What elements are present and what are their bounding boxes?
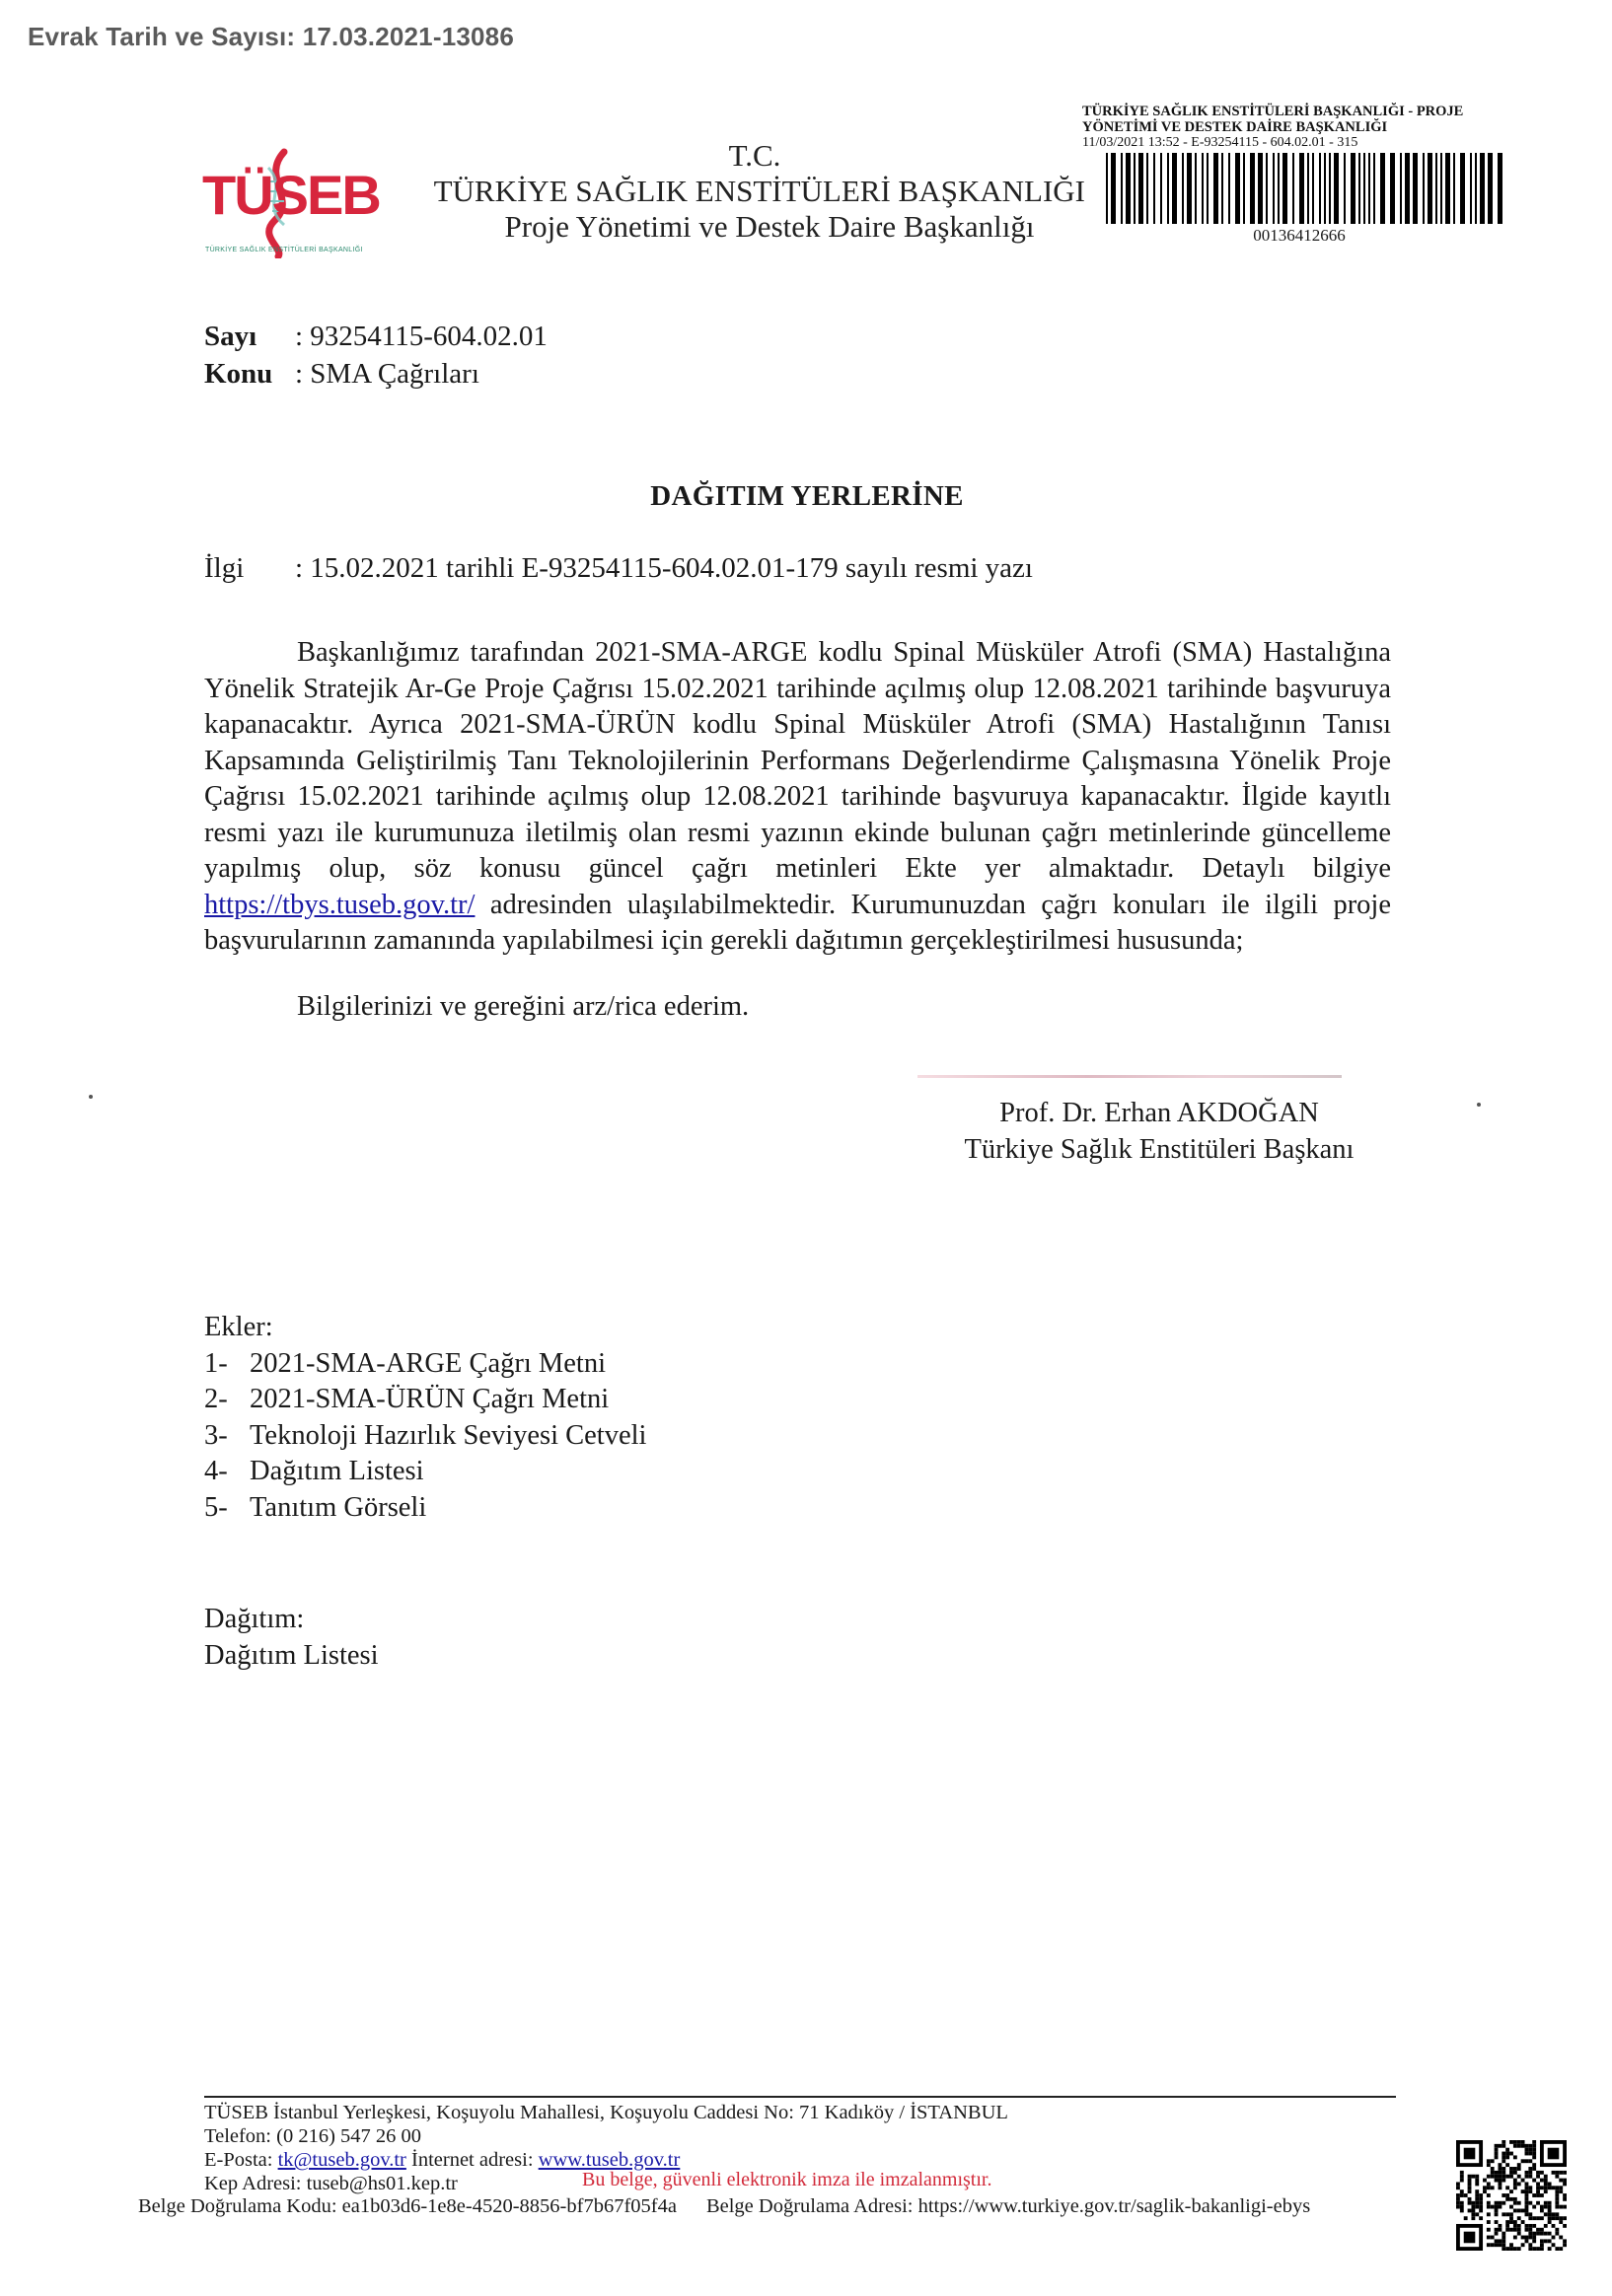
footer-divider — [204, 2096, 1396, 2098]
document-registry-stamp: Evrak Tarih ve Sayısı: 17.03.2021-13086 — [28, 22, 514, 52]
distribution-block: Dağıtım: Dağıtım Listesi — [204, 1601, 379, 1674]
barcode-icon — [1106, 153, 1510, 224]
attachment-label: 2021-SMA-ÜRÜN Çağrı Metni — [250, 1384, 609, 1414]
document-barcode-block: TÜRKİYE SAĞLIK ENSTİTÜLERİ BAŞKANLIĞI - … — [1082, 104, 1497, 246]
attachment-number: 5- — [204, 1490, 250, 1527]
signatory-name: Prof. Dr. Erhan AKDOĞAN — [927, 1095, 1391, 1131]
ilgi-label: İlgi — [204, 552, 295, 585]
reference-line: İlgi: 15.02.2021 tarihli E-93254115-604.… — [204, 552, 1033, 585]
footer-phone: Telefon: (0 216) 547 26 00 — [204, 2124, 1008, 2148]
document-meta: Sayı: 93254115-604.02.01 Konu: SMA Çağrı… — [204, 318, 548, 393]
attachment-number: 4- — [204, 1454, 250, 1490]
tbys-link[interactable]: https://tbys.tuseb.gov.tr/ — [204, 890, 475, 920]
signature-mark — [917, 1075, 1342, 1078]
body-text: Başkanlığımız tarafından 2021-SMA-ARGE k… — [204, 637, 1391, 884]
distribution-value: Dağıtım Listesi — [204, 1637, 379, 1674]
attachment-item: 4-Dağıtım Listesi — [204, 1454, 646, 1490]
konu-label: Konu — [204, 355, 295, 393]
sayi-value: : 93254115-604.02.01 — [295, 321, 548, 352]
attachment-item: 2-2021-SMA-ÜRÜN Çağrı Metni — [204, 1382, 646, 1418]
email-label: E-Posta: — [204, 2149, 278, 2171]
verification-code: Belge Doğrulama Kodu: ea1b03d6-1e8e-4520… — [138, 2195, 677, 2217]
attachments-list: Ekler: 1-2021-SMA-ARGE Çağrı Metni 2-202… — [204, 1310, 646, 1526]
letterhead-tc: T.C. — [414, 138, 1095, 174]
footer-address: TÜSEB İstanbul Yerleşkesi, Koşuyolu Maha… — [204, 2101, 1008, 2124]
attachment-label: Tanıtım Görseli — [250, 1492, 426, 1523]
barcode-meta: 11/03/2021 13:52 - E-93254115 - 604.02.0… — [1082, 135, 1497, 151]
website-link[interactable]: www.tuseb.gov.tr — [539, 2149, 681, 2171]
attachment-number: 2- — [204, 1382, 250, 1418]
email-link[interactable]: tk@tuseb.gov.tr — [278, 2149, 406, 2171]
attachment-label: Dağıtım Listesi — [250, 1456, 424, 1486]
attachment-item: 5-Tanıtım Görseli — [204, 1490, 646, 1527]
attachments-heading: Ekler: — [204, 1310, 646, 1346]
addressee-heading: DAĞITIM YERLERİNE — [0, 480, 1612, 513]
logo-subtitle: TÜRKİYE SAĞLIK ENSTİTÜLERİ BAŞKANLIĞI — [205, 247, 363, 253]
barcode-number: 00136412666 — [1102, 226, 1497, 246]
scan-speck — [1477, 1103, 1481, 1107]
ilgi-value: : 15.02.2021 tarihli E-93254115-604.02.0… — [295, 552, 1033, 584]
letter-body: Başkanlığımız tarafından 2021-SMA-ARGE k… — [204, 635, 1391, 960]
body-paragraph: Başkanlığımız tarafından 2021-SMA-ARGE k… — [204, 635, 1391, 960]
attachment-label: Teknoloji Hazırlık Seviyesi Cetveli — [250, 1420, 646, 1451]
letterhead-organization: TÜRKİYE SAĞLIK ENSTİTÜLERİ BAŞKANLIĞI — [414, 174, 1085, 209]
letterhead: T.C. TÜRKİYE SAĞLIK ENSTİTÜLERİ BAŞKANLI… — [414, 138, 1095, 245]
closing-line: Bilgilerinizi ve gereğini arz/rica ederi… — [297, 991, 749, 1023]
logo-wordmark: TÜSEB — [202, 166, 380, 225]
signature-block: Prof. Dr. Erhan AKDOĞAN Türkiye Sağlık E… — [927, 1095, 1391, 1168]
signatory-title: Türkiye Sağlık Enstitüleri Başkanı — [927, 1131, 1391, 1168]
attachment-number: 1- — [204, 1346, 250, 1383]
konu-value: : SMA Çağrıları — [295, 358, 479, 390]
web-label: İnternet adresi: — [406, 2149, 539, 2171]
verification-line: Belge Doğrulama Kodu: ea1b03d6-1e8e-4520… — [138, 2195, 1310, 2218]
attachment-item: 1-2021-SMA-ARGE Çağrı Metni — [204, 1346, 646, 1383]
attachment-number: 3- — [204, 1418, 250, 1455]
scan-speck — [89, 1095, 93, 1099]
barcode-title-line-1: TÜRKİYE SAĞLIK ENSTİTÜLERİ BAŞKANLIĞI - … — [1082, 104, 1497, 119]
tuseb-logo: TÜSEB TÜRKİYE SAĞLIK ENSTİTÜLERİ BAŞKANL… — [197, 148, 355, 261]
barcode-title-line-2: YÖNETİMİ VE DESTEK DAİRE BAŞKANLIĞI — [1082, 119, 1497, 135]
verification-address: Belge Doğrulama Adresi: https://www.turk… — [706, 2195, 1310, 2217]
sayi-label: Sayı — [204, 318, 295, 355]
attachment-item: 3-Teknoloji Hazırlık Seviyesi Cetveli — [204, 1418, 646, 1455]
distribution-heading: Dağıtım: — [204, 1601, 379, 1637]
attachment-label: 2021-SMA-ARGE Çağrı Metni — [250, 1348, 606, 1379]
letterhead-department: Proje Yönetimi ve Destek Daire Başkanlığ… — [414, 209, 1095, 245]
qr-code-icon — [1456, 2140, 1567, 2251]
esignature-notice: Bu belge, güvenli elektronik imza ile im… — [582, 2169, 991, 2191]
